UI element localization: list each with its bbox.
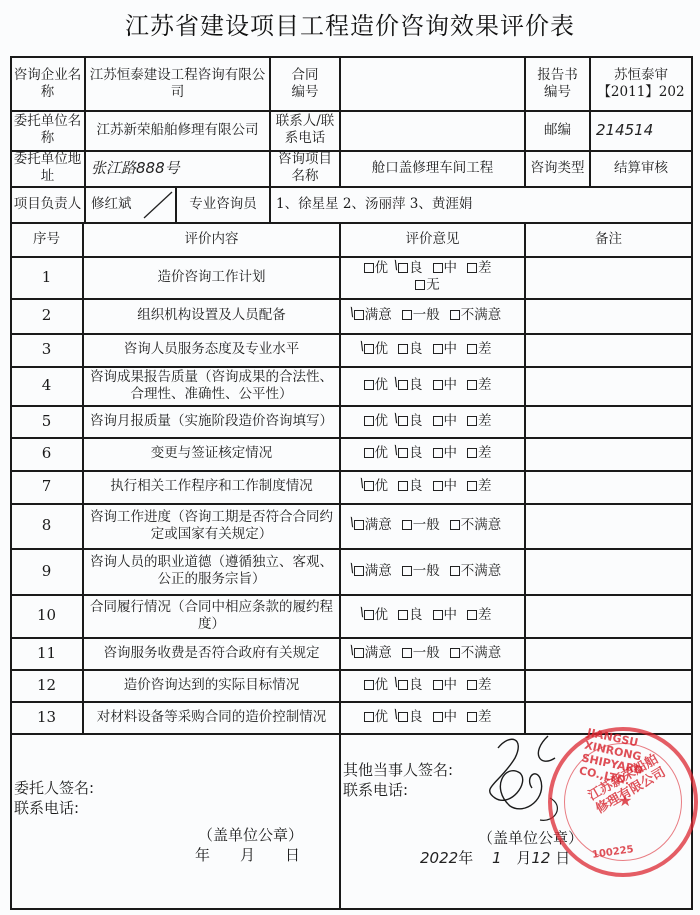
checkbox-icon[interactable] [433,344,443,354]
checked-box-icon[interactable] [364,481,374,491]
checkbox-icon[interactable] [467,416,477,426]
eval-content: 咨询工作进度（咨询工期是否符合合同约定或国家有关规定） [83,503,340,548]
checked-box-icon[interactable] [398,416,408,426]
other-party-date: 2022年 1 月12 日 [420,848,570,868]
row-number: 9 [10,548,83,594]
checked-box-icon[interactable] [354,310,364,320]
contact-label: 联系人/联系电话 [270,110,340,150]
checkbox-icon[interactable] [398,481,408,491]
checkbox-icon[interactable] [415,280,425,290]
checkbox-icon[interactable] [467,481,477,491]
eval-note[interactable] [525,470,692,503]
eval-content: 咨询月报质量（实施阶段造价咨询填写） [83,405,340,437]
checked-box-icon[interactable] [364,344,374,354]
checkbox-option[interactable]: 差 [467,260,492,277]
checkbox-icon[interactable] [467,263,477,273]
checkbox-option[interactable]: 良 [398,341,423,358]
row-number: 1 [10,256,83,298]
report-no-value: 苏恒泰审【2011】202 [590,57,692,110]
checkbox-icon[interactable] [467,680,477,690]
eval-content: 咨询人员的职业道德（遵循独立、客观、公正的服务宗旨） [83,548,340,594]
checkbox-icon[interactable] [467,448,477,458]
checkbox-option[interactable]: 优 [364,377,389,394]
client-name-value: 江苏新荣船舶修理有限公司 [85,110,270,150]
client-phone-label: 联系电话: [14,798,79,818]
checkbox-option[interactable]: 无 [415,277,440,294]
checkbox-option[interactable]: 不满意 [450,307,502,324]
date-year: 2022 [420,849,458,867]
checkbox-icon[interactable] [364,416,374,426]
eval-note[interactable] [525,256,692,298]
row-number: 5 [10,405,83,437]
consult-type-label: 咨询类型 [525,150,590,186]
date-day: 12 [531,849,550,867]
checkbox-icon[interactable] [398,344,408,354]
checkbox-icon[interactable] [364,680,374,690]
eval-note[interactable] [525,594,692,637]
eval-opinion: 优良中差 [340,366,525,405]
checkbox-icon[interactable] [433,712,443,722]
row-number: 4 [10,366,83,405]
eval-opinion: 满意一般不满意 [340,637,525,669]
company-stamp: JIANGSU XINRONG SHIPYARD CO.,LTD. 江苏新荣船舶… [548,727,698,877]
checkbox-option[interactable]: 一般 [402,563,440,580]
checkbox-option[interactable]: 差 [467,445,492,462]
checkbox-icon[interactable] [364,263,374,273]
postcode-value[interactable]: 214514 [590,110,692,150]
checkbox-option[interactable]: 良 [398,377,423,394]
contract-no-label: 合同编号 [270,57,340,110]
report-no-label: 报告书编号 [525,57,590,110]
checkbox-icon[interactable] [364,448,374,458]
consultants-label: 专业咨询员 [176,186,270,222]
checkbox-icon[interactable] [467,610,477,620]
row-number: 3 [10,333,83,366]
checkbox-option[interactable]: 中 [433,709,458,726]
checkbox-option[interactable]: 优 [364,709,389,726]
client-seal-label: （盖单位公章） [198,825,303,845]
checkbox-option[interactable]: 中 [433,260,458,277]
checkbox-icon[interactable] [433,263,443,273]
checkbox-option[interactable]: 不满意 [450,645,502,662]
checkbox-option[interactable]: 一般 [402,517,440,534]
checked-box-icon[interactable] [364,610,374,620]
eval-content: 合同履行情况（合同中相应条款的履约程度） [83,594,340,637]
checkbox-icon[interactable] [364,380,374,390]
checkbox-icon[interactable] [433,416,443,426]
row-number: 11 [10,637,83,669]
consult-company-value: 江苏恒泰建设工程咨询有限公司 [85,57,270,110]
checkbox-option[interactable]: 优 [364,677,389,694]
eval-content: 咨询人员服务态度及专业水平 [83,333,340,366]
slash-mark-icon [140,190,176,220]
checked-box-icon[interactable] [398,712,408,722]
checkbox-icon[interactable] [402,520,412,530]
eval-note[interactable] [525,548,692,594]
eval-opinion: 优良中差 [340,594,525,637]
checked-box-icon[interactable] [398,680,408,690]
checkbox-option[interactable]: 优 [364,413,389,430]
eval-opinion: 优良中差无 [340,256,525,298]
row-number: 8 [10,503,83,548]
eval-opinion: 满意一般不满意 [340,298,525,333]
header-content: 评价内容 [83,222,340,256]
eval-content: 执行相关工作程序和工作制度情况 [83,470,340,503]
checkbox-option[interactable]: 一般 [402,645,440,662]
checkbox-option[interactable]: 良 [398,413,423,430]
checkbox-icon[interactable] [450,520,460,530]
consult-type-value: 结算审核 [590,150,692,186]
checkbox-option[interactable]: 中 [433,445,458,462]
checkbox-icon[interactable] [402,648,412,658]
eval-content: 造价咨询达到的实际目标情况 [83,669,340,701]
row-number: 13 [10,701,83,733]
checkbox-icon[interactable] [402,310,412,320]
project-name-value: 舱口盖修理车间工程 [340,150,525,186]
eval-note[interactable] [525,637,692,669]
checkbox-option[interactable]: 良 [398,709,423,726]
header-no: 序号 [10,222,83,256]
checked-box-icon[interactable] [354,648,364,658]
checkbox-option[interactable]: 不满意 [450,517,502,534]
row-number: 10 [10,594,83,637]
checkbox-option[interactable]: 中 [433,341,458,358]
eval-note[interactable] [525,437,692,470]
eval-opinion: 满意一般不满意 [340,503,525,548]
client-sign-label: 委托人签名: [14,778,94,798]
client-name-label: 委托单位名称 [10,110,85,150]
eval-note[interactable] [525,366,692,405]
date-month: 1 [492,849,502,867]
checkbox-option[interactable]: 差 [467,478,492,495]
checkbox-icon[interactable] [450,566,460,576]
checked-box-icon[interactable] [398,380,408,390]
checkbox-option[interactable]: 差 [467,709,492,726]
checkbox-option[interactable]: 优 [364,260,389,277]
checkbox-icon[interactable] [467,712,477,722]
client-address-value[interactable]: 张江路888号 [85,150,270,186]
checkbox-option[interactable]: 中 [433,377,458,394]
eval-note[interactable] [525,298,692,333]
contact-value[interactable] [340,110,525,150]
checkbox-option[interactable]: 中 [433,677,458,694]
eval-opinion: 优良中差 [340,333,525,366]
eval-opinion: 优良中差 [340,437,525,470]
checkbox-option[interactable]: 满意 [354,563,392,580]
checkbox-option[interactable]: 中 [433,607,458,624]
checkbox-option[interactable]: 差 [467,377,492,394]
checkbox-icon[interactable] [467,380,477,390]
row-number: 12 [10,669,83,701]
eval-content: 造价咨询工作计划 [83,256,340,298]
checkbox-option[interactable]: 良 [398,478,423,495]
checkbox-option[interactable]: 一般 [402,307,440,324]
checkbox-option[interactable]: 优 [364,445,389,462]
checkbox-option[interactable]: 中 [433,478,458,495]
checkbox-option[interactable]: 不满意 [450,563,502,580]
consultants-value: 1、徐星星 2、汤丽萍 3、黄涯娟 [270,186,692,222]
eval-content: 咨询服务收费是否符合政府有关规定 [83,637,340,669]
other-party-sign-label: 其他当事人签名: [343,760,453,780]
checkbox-option[interactable]: 差 [467,607,492,624]
eval-content: 对材料设备等采购合同的造价控制情况 [83,701,340,733]
header-note: 备注 [525,222,692,256]
eval-opinion: 优良中差 [340,669,525,701]
form-title: 江苏省建设项目工程造价咨询效果评价表 [0,6,700,41]
eval-content: 组织机构设置及人员配备 [83,298,340,333]
checkbox-icon[interactable] [402,566,412,576]
eval-note[interactable] [525,405,692,437]
checkbox-icon[interactable] [433,610,443,620]
eval-content: 变更与签证核定情况 [83,437,340,470]
eval-opinion: 优良中差 [340,470,525,503]
eval-opinion: 满意一般不满意 [340,548,525,594]
checkbox-option[interactable]: 差 [467,341,492,358]
checkbox-option[interactable]: 满意 [354,517,392,534]
header-opinion: 评价意见 [340,222,525,256]
eval-note[interactable] [525,503,692,548]
checkbox-icon[interactable] [450,648,460,658]
consult-company-label: 咨询企业名称 [10,57,85,110]
checkbox-icon[interactable] [467,344,477,354]
checkbox-icon[interactable] [433,481,443,491]
checkbox-icon[interactable] [433,448,443,458]
contract-no-value[interactable] [340,57,525,110]
checkbox-option[interactable]: 良 [398,677,423,694]
eval-note[interactable] [525,669,692,701]
eval-content: 咨询成果报告质量（咨询成果的合法性、合理性、准确性、公平性） [83,366,340,405]
checked-box-icon[interactable] [398,448,408,458]
checkbox-option[interactable]: 中 [433,413,458,430]
checkbox-option[interactable]: 满意 [354,645,392,662]
checkbox-icon[interactable] [364,712,374,722]
checkbox-option[interactable]: 满意 [354,307,392,324]
checkbox-option[interactable]: 优 [364,478,389,495]
project-lead-label: 项目负责人 [10,186,85,222]
checked-box-icon[interactable] [398,263,408,273]
client-date-label: 年 月 日 [195,845,300,865]
eval-note[interactable] [525,333,692,366]
checkbox-option[interactable]: 差 [467,413,492,430]
project-name-label: 咨询项目名称 [270,150,340,186]
checked-box-icon[interactable] [354,520,364,530]
checkbox-option[interactable]: 优 [364,341,389,358]
checkbox-option[interactable]: 良 [398,607,423,624]
row-number: 7 [10,470,83,503]
row-number: 2 [10,298,83,333]
postcode-label: 邮编 [525,110,590,150]
checked-box-icon[interactable] [354,566,364,576]
checkbox-icon[interactable] [398,610,408,620]
checkbox-option[interactable]: 良 [398,260,423,277]
client-address-label: 委托单位地址 [10,150,85,186]
eval-opinion: 优良中差 [340,405,525,437]
other-party-phone-label: 联系电话: [343,780,408,800]
row-number: 6 [10,437,83,470]
checkbox-icon[interactable] [450,310,460,320]
checkbox-option[interactable]: 良 [398,445,423,462]
checkbox-option[interactable]: 优 [364,607,389,624]
checkbox-option[interactable]: 差 [467,677,492,694]
checkbox-icon[interactable] [433,680,443,690]
checkbox-icon[interactable] [433,380,443,390]
